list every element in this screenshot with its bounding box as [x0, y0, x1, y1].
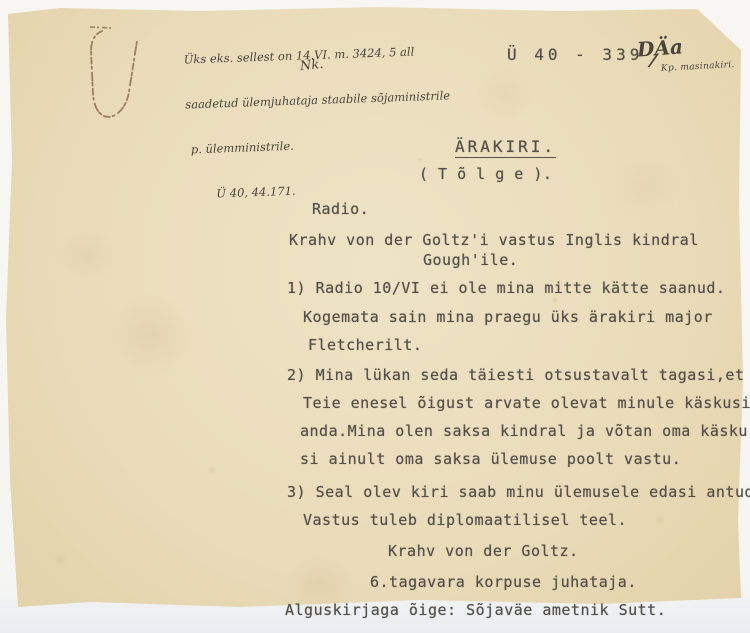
doc-title: ÄRAKIRI. [455, 138, 556, 158]
doc-subtitle: ( T õ l g e ). [419, 165, 552, 183]
body-line: 2) Mina lükan seda täiesti otsustavalt t… [287, 366, 744, 384]
radio-label: Radio. [312, 200, 369, 218]
response-heading-line2: Gough'ile. [423, 251, 518, 269]
body-line: Vastus tuleb diplomaatilisel teel. [303, 511, 627, 529]
response-heading-line1: Krahv von der Goltz'i vastus Inglis kind… [289, 231, 699, 249]
body-line: Fletcherilt. [308, 336, 422, 354]
signature-title: 6.tagavara korpuse juhataja. [370, 573, 637, 591]
note-line: p. ülemministrile. [191, 133, 447, 157]
body-line: 1) Radio 10/VI ei ole mina mitte kätte s… [287, 279, 725, 297]
paperclip-rust-mark-icon [78, 14, 150, 132]
note-initials: Nk. [299, 57, 324, 74]
body-line: si ainult oma saksa ülemuse poolt vastu. [300, 450, 681, 468]
note-line: saadetud ülemjuhataja staabile sõjaminis… [185, 88, 445, 112]
scanned-document-page: Üks eks. sellest on 14.VI. m. 3424, 5 al… [0, 0, 750, 633]
note-line: Ü 40, 44.171. [216, 178, 448, 201]
reference-number: Ü 40 - 339 [507, 46, 643, 64]
body-line: 3) Seal olev kiri saab minu ülemusele ed… [287, 483, 750, 501]
body-line: Kogemata sain mina praegu üks ärakiri ma… [303, 308, 713, 326]
body-line: anda.Mina olen saksa kindral ja võtan om… [300, 422, 750, 440]
signature: Krahv von der Goltz. [388, 542, 579, 560]
reference-initials-handwritten: DÄa [636, 34, 683, 61]
body-line: Teie enesel õigust arvate olevat minule … [303, 394, 750, 412]
certification-line: Alguskirjaga õige: Sõjaväe ametnik Sutt. [285, 601, 666, 619]
